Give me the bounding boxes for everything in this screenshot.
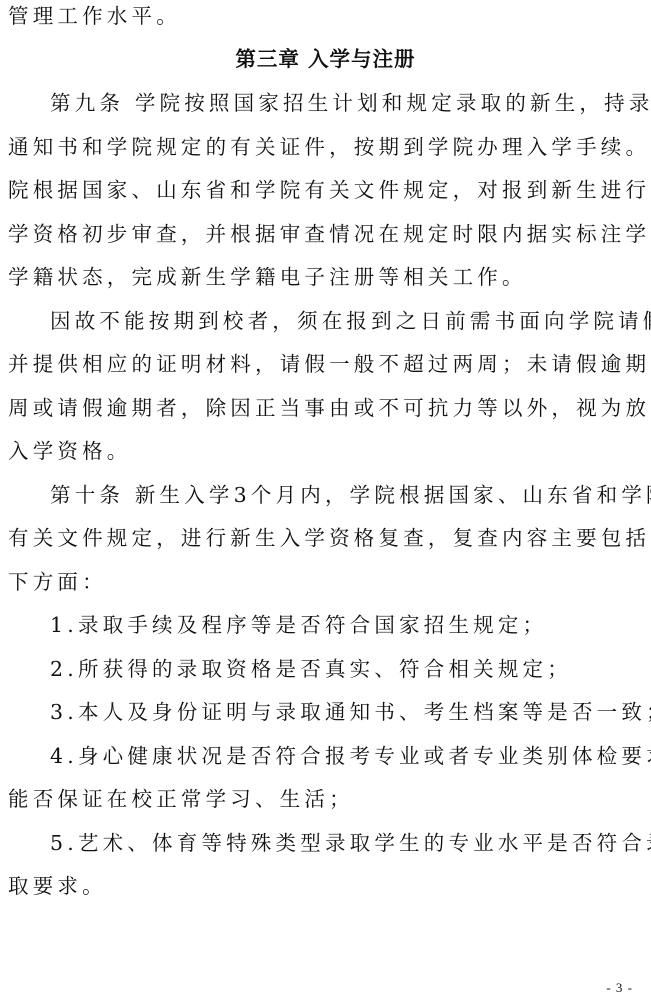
- list-item: 2.所获得的录取资格是否真实、符合相关规定；: [50, 655, 651, 683]
- text-line: 第十条 新生入学3个月内，学院根据国家、山东省和学院: [50, 481, 651, 509]
- text-line: 院根据国家、山东省和学院有关文件规定，对报到新生进行入: [8, 176, 644, 204]
- list-item: 3.本人及身份证明与录取通知书、考生档案等是否一致；: [50, 698, 651, 726]
- text-line: 因故不能按期到校者，须在报到之日前需书面向学院请假，: [50, 307, 651, 335]
- list-item: 5.艺术、体育等特殊类型录取学生的专业水平是否符合录: [50, 829, 651, 857]
- text-line: 取要求。: [8, 872, 644, 900]
- list-item: 1.录取手续及程序等是否符合国家招生规定；: [50, 611, 651, 639]
- text-line: 第九条 学院按照国家招生计划和规定录取的新生，持录取: [50, 89, 651, 117]
- text-line: 学籍状态，完成新生学籍电子注册等相关工作。: [8, 263, 644, 291]
- text-line: 并提供相应的证明材料，请假一般不超过两周；未请假逾期一: [8, 350, 644, 378]
- list-item: 4.身心健康状况是否符合报考专业或者专业类别体检要求，: [50, 742, 651, 770]
- chapter-title: 第三章 入学与注册: [0, 45, 651, 73]
- text-line: 有关文件规定，进行新生入学资格复查，复查内容主要包括以: [8, 524, 644, 552]
- document-page: 管理工作水平。 第三章 入学与注册 第九条 学院按照国家招生计划和规定录取的新生…: [0, 0, 651, 1000]
- text-line: 管理工作水平。: [8, 2, 644, 30]
- text-line: 通知书和学院规定的有关证件，按期到学院办理入学手续。学: [8, 133, 644, 161]
- page-number: - 3 -: [606, 980, 633, 996]
- text-line: 周或请假逾期者，除因正当事由或不可抗力等以外，视为放弃: [8, 394, 644, 422]
- text-line: 下方面：: [8, 568, 644, 596]
- text-line: 入学资格。: [8, 437, 644, 465]
- text-line: 能否保证在校正常学习、生活；: [8, 785, 644, 813]
- text-line: 学资格初步审查，并根据审查情况在规定时限内据实标注学生: [8, 220, 644, 248]
